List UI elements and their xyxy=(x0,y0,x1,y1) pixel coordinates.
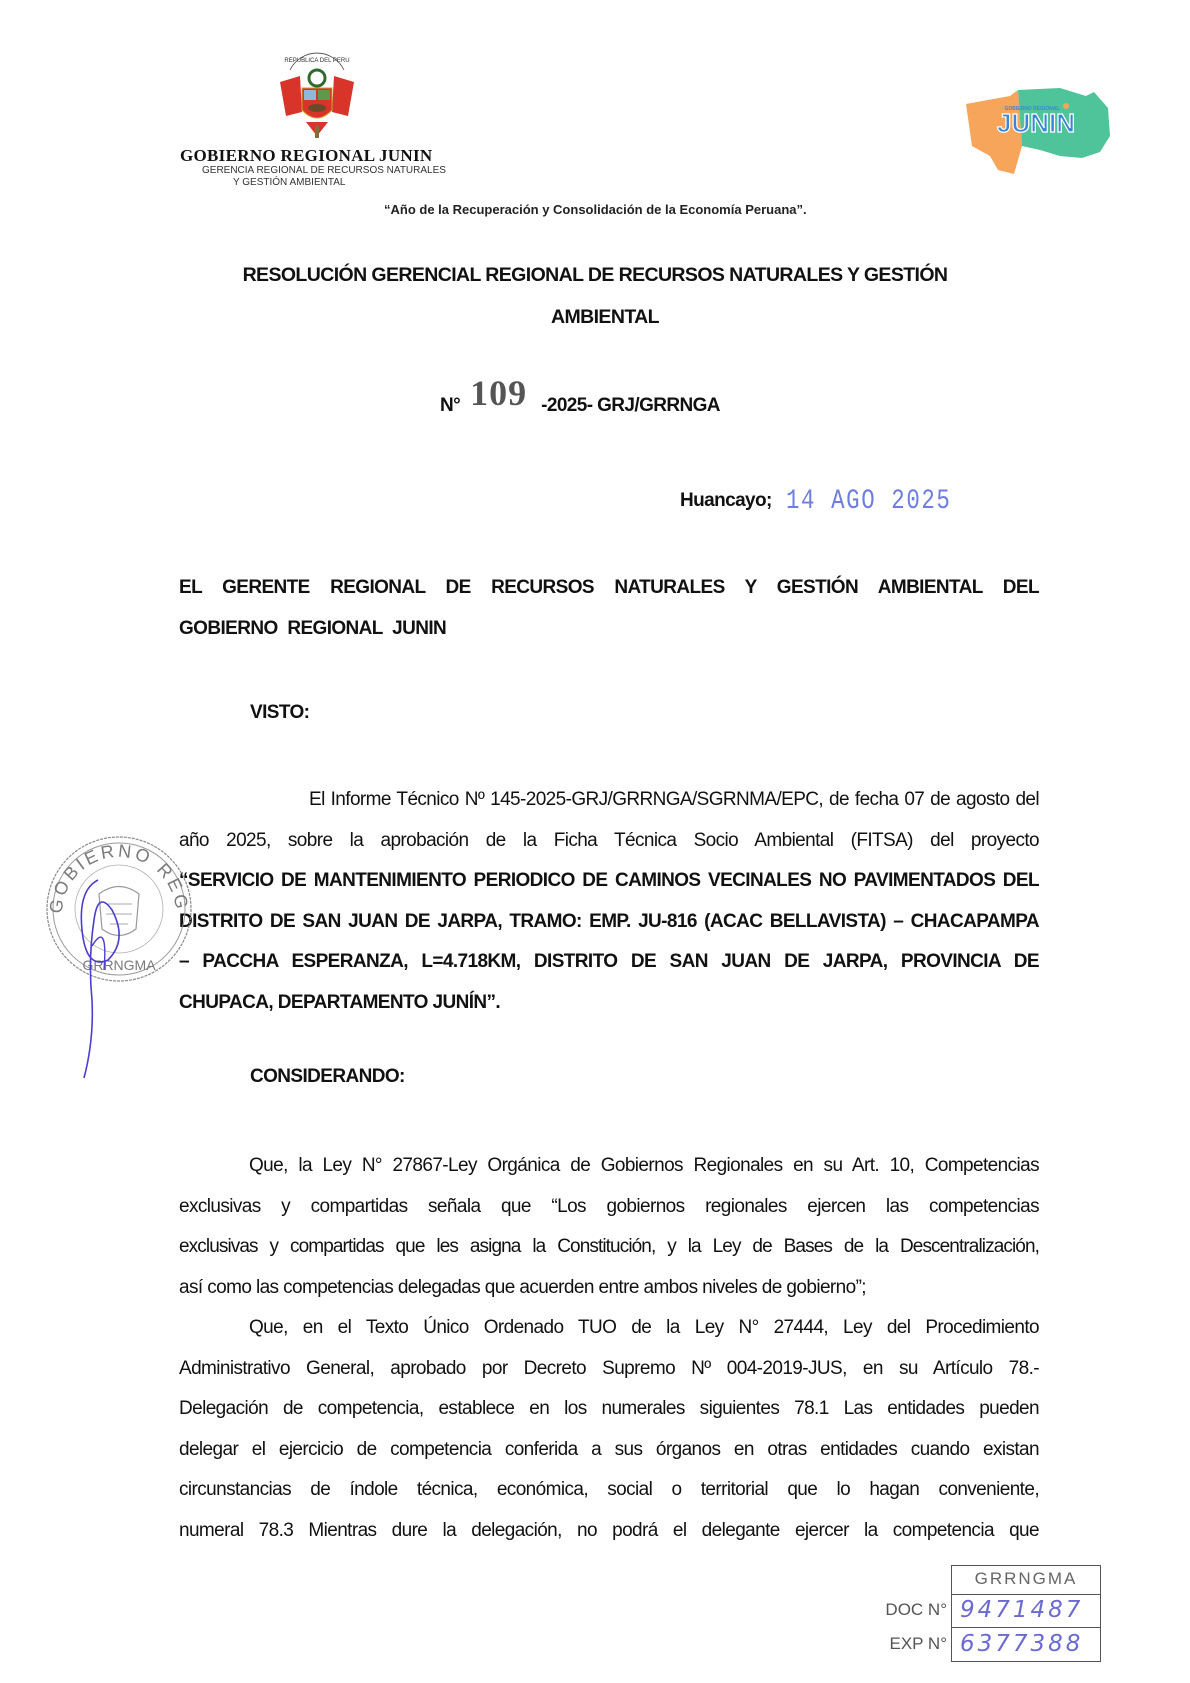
number-suffix: -2025- GRJ/GRRNGA xyxy=(541,395,720,416)
svg-text:REPUBLICA DEL PERU: REPUBLICA DEL PERU xyxy=(284,58,349,64)
visto-line: El Informe Técnico Nº 145-2025-GRJ/GRRNG… xyxy=(179,780,1039,821)
doc-number-label: DOC N° xyxy=(883,1593,951,1627)
authority-line: GOBIERNO REGIONAL JUNIN xyxy=(179,609,1039,650)
year-motto: “Año de la Recuperación y Consolidación … xyxy=(384,202,807,217)
handwritten-signature xyxy=(68,850,138,1080)
peru-coat-of-arms: REPUBLICA DEL PERU xyxy=(276,52,358,140)
considerando-heading: CONSIDERANDO: xyxy=(250,1066,405,1088)
svg-text:JUNIN: JUNIN xyxy=(997,108,1075,138)
considerando-paragraph-2: Que, en el Texto Único Ordenado TUO de l… xyxy=(179,1308,1039,1551)
considerando-line: Que, en el Texto Único Ordenado TUO de l… xyxy=(179,1308,1039,1349)
registry-exp-row: EXP N° 6377388 xyxy=(883,1627,1101,1661)
org-subtitle-line1: GERENCIA REGIONAL DE RECURSOS NATURALES xyxy=(202,165,446,176)
registry-stamp: GRRNGMA DOC N° 9471487 EXP N° 6377388 xyxy=(883,1565,1101,1669)
considerando-paragraph-1: Que, la Ley N° 27867-Ley Orgánica de Gob… xyxy=(179,1146,1039,1308)
place-date: Huancayo;14 AGO 2025 xyxy=(680,484,993,515)
exp-number-value: 6377388 xyxy=(951,1627,1101,1662)
doc-number-value: 9471487 xyxy=(951,1593,1101,1628)
number-stamped: 109 xyxy=(470,373,527,413)
place: Huancayo; xyxy=(680,490,772,511)
considerando-line: delegar el ejercicio de competencia conf… xyxy=(179,1430,1039,1471)
visto-heading: VISTO: xyxy=(250,702,309,724)
considerando-line: exclusivas y compartidas señala que “Los… xyxy=(179,1187,1039,1228)
considerando-line: así como las competencias delegadas que … xyxy=(179,1268,1039,1309)
registry-doc-row: DOC N° 9471487 xyxy=(883,1593,1101,1627)
considerando-line: numeral 78.3 Mientras dure la delegación… xyxy=(179,1511,1039,1552)
junin-region-logo: GOBIERNO REGIONAL JUNIN xyxy=(960,86,1118,178)
visto-line-project: “SERVICIO DE MANTENIMIENTO PERIODICO DE … xyxy=(179,861,1039,902)
visto-line-project: CHUPACA, DEPARTAMENTO JUNÍN”. xyxy=(179,983,1039,1024)
resolution-number: N°109-2025- GRJ/GRRNGA xyxy=(440,378,720,420)
issuing-authority: EL GERENTE REGIONAL DE RECURSOS NATURALE… xyxy=(179,568,1039,649)
considerando-line: circunstancias de índole técnica, económ… xyxy=(179,1470,1039,1511)
considerando-line: Que, la Ley N° 27867-Ley Orgánica de Gob… xyxy=(179,1146,1039,1187)
resolution-title-line2: AMBIENTAL xyxy=(0,306,1190,329)
considerando-line: Administrativo General, aprobado por Dec… xyxy=(179,1349,1039,1390)
considerando-line: Delegación de competencia, establece en … xyxy=(179,1389,1039,1430)
registry-stamp-header: GRRNGMA xyxy=(951,1565,1101,1595)
org-subtitle-line2: Y GESTIÓN AMBIENTAL xyxy=(233,177,345,188)
authority-line: EL GERENTE REGIONAL DE RECURSOS NATURALE… xyxy=(179,568,1039,609)
date-stamp: 14 AGO 2025 xyxy=(786,486,951,517)
org-name: GOBIERNO REGIONAL JUNIN xyxy=(180,146,433,166)
number-prefix: N° xyxy=(440,395,460,416)
considerando-line: exclusivas y compartidas que les asigna … xyxy=(179,1227,1039,1268)
visto-line-project: – PACCHA ESPERANZA, L=4.718KM, DISTRITO … xyxy=(179,942,1039,983)
visto-line: año 2025, sobre la aprobación de la Fich… xyxy=(179,821,1039,862)
resolution-title-line1: RESOLUCIÓN GERENCIAL REGIONAL DE RECURSO… xyxy=(0,264,1190,287)
exp-number-label: EXP N° xyxy=(883,1627,951,1661)
visto-line-project: DISTRITO DE SAN JUAN DE JARPA, TRAMO: EM… xyxy=(179,902,1039,943)
visto-paragraph: El Informe Técnico Nº 145-2025-GRJ/GRRNG… xyxy=(179,780,1039,1023)
